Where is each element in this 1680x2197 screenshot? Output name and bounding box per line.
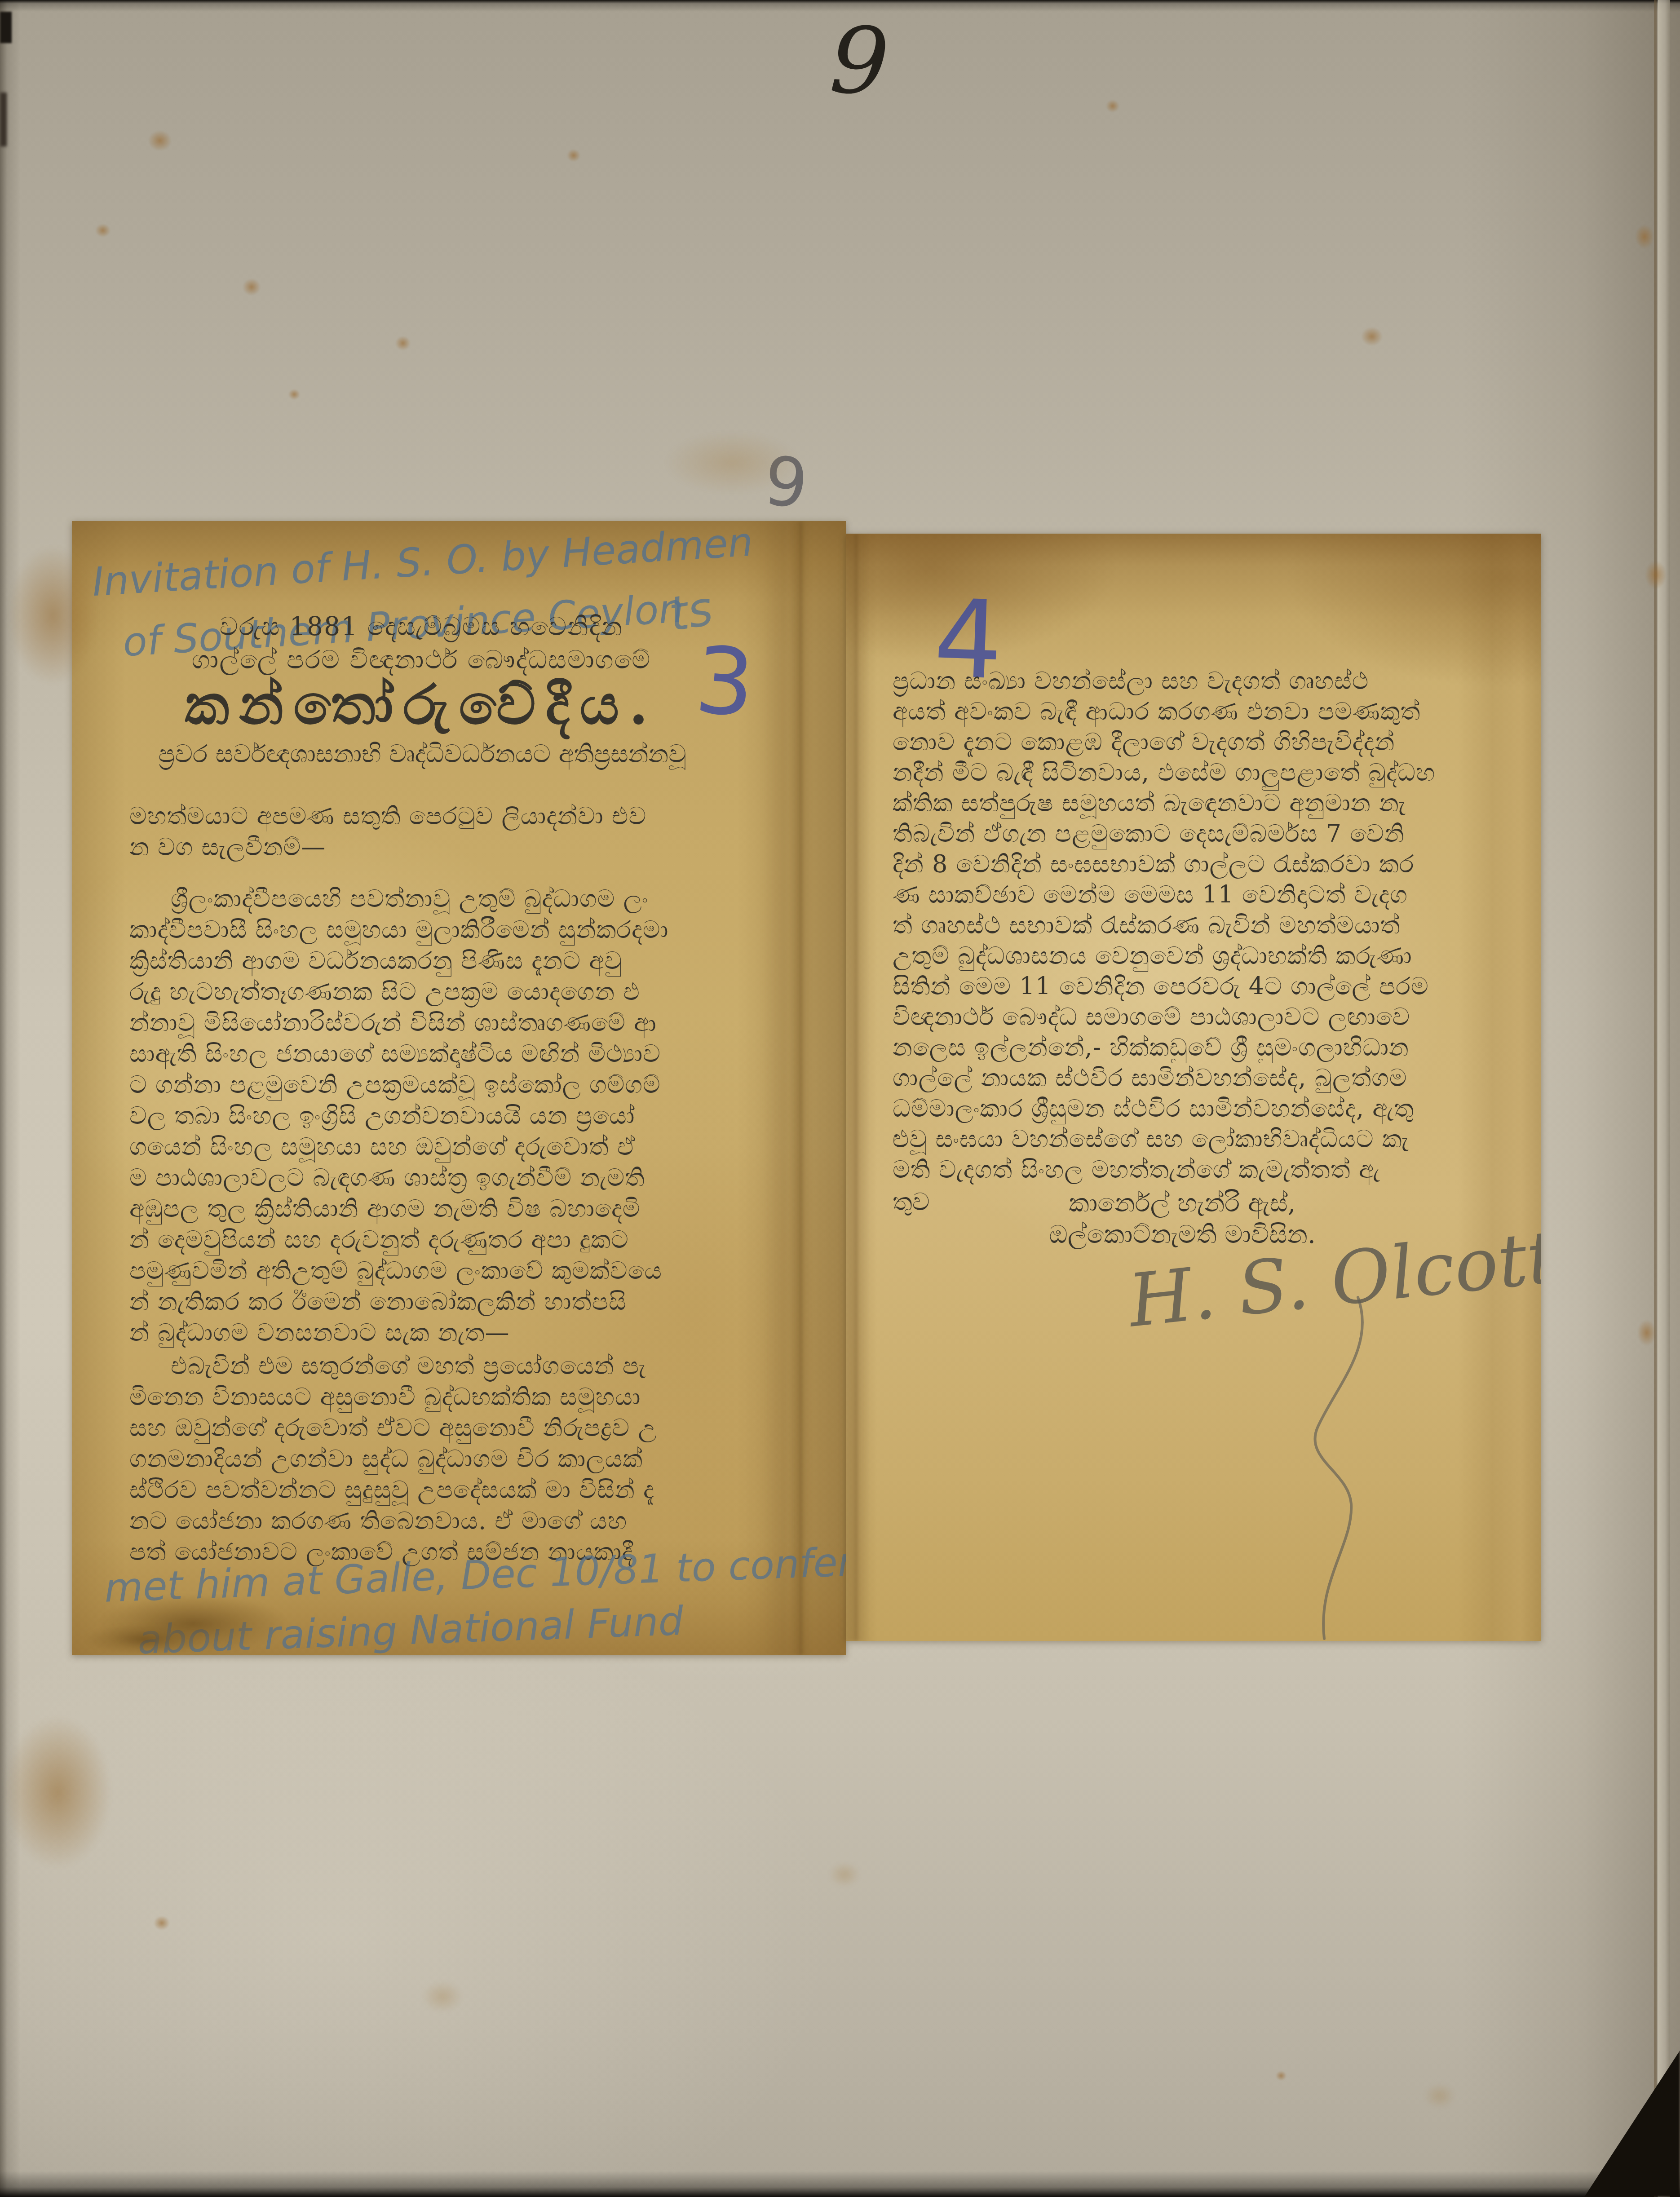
edge-nick — [0, 12, 12, 43]
stain-spot — [148, 130, 172, 151]
stain-spot — [395, 336, 411, 350]
text-line: ම පාඨශාලාවලට බැඳගණ ශාස්ත්‍ර ඉගැන්වීම් නැ… — [129, 1162, 718, 1193]
stain-spot — [288, 389, 300, 400]
text-line: එබැවින් එම සතුරන්ගේ මහත් ප්‍රයෝගයෙන් පැ — [129, 1350, 718, 1381]
text-line: සාඇති සිංහල ජනයාගේ සම්‍යක්දෘෂ්ටිය මඟින් … — [129, 1038, 718, 1069]
stain-spot — [422, 1981, 463, 2012]
text-line: සහ ඔවුන්ගේ දරුවොත් ඒවට අසුනොවී නිරුපද්‍ර… — [129, 1412, 718, 1443]
text-line: ගයෙන් සිංහල සමූහයා සහ ඔවුන්ගේ දරුවොත් ඒ — [129, 1131, 718, 1162]
text-line: කාද්වීපවාසී සිංහල සමූහයා මුලාකිරීමෙන් සු… — [129, 914, 718, 945]
text-line: විඥනාර්ථ බෞද්ධ සමාගමේ පාඨශාලාවට ලඟාවෙ — [893, 1002, 1472, 1032]
clipping-right: 4 ප්‍රධාන සංඛ්‍යා වහන්සේලා සහ වැදගත් ගෘහ… — [846, 534, 1541, 1641]
text-line: නට යෝජනා කරගණ තිබෙනවාය. ඒ මාගේ යහ — [129, 1505, 718, 1536]
text-line: න් දෙමවුපියන් සහ දරුවනුත් දරුණුතර අපා දු… — [129, 1224, 718, 1255]
text-line: නදීන් මීට බැඳී සිටිනවාය, එසේම ගාලුපළාතේ … — [893, 757, 1472, 788]
stain-spot — [95, 224, 111, 237]
document-subtitle: ප්‍රවර සර්වඥශාසනාභි වෘද්ධිවර්ධනයට අතිප්‍… — [103, 739, 741, 769]
text-line: න් නැතිකර කර ඊමෙන් නොබෝකලකින් හාත්පසි — [129, 1286, 718, 1317]
stain-spot — [1637, 1320, 1656, 1346]
stain-spot — [829, 1862, 860, 1887]
clipping-left: Invitation of H. S. O. by Headmenof Sout… — [72, 521, 846, 1655]
text-line: සිතින් මෙම 11 වෙනිදින පෙරවරු 4ට ගාල්ලේ ප… — [893, 971, 1472, 1002]
text-line: දින් 8 වෙනිදින් සංඝසභාවක් ගාල්ලට රැස්කරව… — [893, 849, 1472, 880]
letter-body: ප්‍රධාන සංඛ්‍යා වහන්සේලා සහ වැදගත් ගෘහස්… — [893, 666, 1472, 1185]
stain-spot — [243, 278, 261, 296]
stain-spot — [1635, 225, 1654, 249]
document-title: කන්තෝරුවේදීය. — [129, 672, 713, 738]
edge-nick — [0, 93, 7, 146]
text-line: නොව දැනට කොළඹ දීලාගේ වැදගත් ගිහිපැවිද්දන… — [893, 727, 1472, 757]
text-line: ළුවූ සංඝයා වහන්සේගේ සහ ලෝකාභිවෘද්ධියට කැ — [893, 1124, 1472, 1154]
paragraph-3: එබැවින් එම සතුරන්ගේ මහත් ප්‍රයෝගයෙන් පැම… — [129, 1350, 718, 1567]
text-line: මහත්මයාට අපමණ සතුති පෙරටුව ලියාදන්වා එව — [129, 800, 718, 831]
text-line: ගාල්ලේ නායක ස්ථවිර සාමින්වහන්සේද, බුලත්ග… — [893, 1063, 1472, 1093]
text-line: ත් ගෘහස්ථ සභාවක් රැස්කරණ බැවින් මහත්මයාත… — [893, 910, 1472, 941]
paragraph-1: මහත්මයාට අපමණ සතුති පෙරටුව ලියාදන්වා එවන… — [129, 800, 718, 862]
fold-crease — [846, 534, 869, 1641]
text-line: ස්ථිරව පවත්වන්නට සුදුසුවූ උපදේසයක් මා වි… — [129, 1474, 718, 1505]
text-line: වල තබා සිංහල ඉංග්‍රිසි උගන්වනවායයි යන ප්… — [129, 1100, 718, 1131]
stain-spot — [1424, 2083, 1455, 2109]
text-line: න්නාවූ මිසියෝනාරිස්වරුන් විසින් ශාස්ත්‍ර… — [129, 1007, 718, 1038]
stain-spot — [1106, 100, 1119, 112]
stain-spot — [567, 149, 580, 162]
paragraph-2: ශ්‍රීලංකාද්වීපයෙහි පවත්නාවූ උතුම් බුද්ධා… — [129, 883, 718, 1348]
stain-spot — [4, 1716, 111, 1869]
text-line: න වග සැලවීනම්— — [129, 831, 718, 862]
text-line: ක්‍රිස්තියානි ආගම වර්ධනයකරනු පිණිස දැනට … — [129, 945, 718, 976]
text-line: වරුස 1881 දෙසැම්බ්‍රමස හවෙනිදින — [129, 610, 713, 643]
text-line: ගාල්ලේ පරම විඥනාර්ථ බෞද්ධසමාගමේ — [129, 643, 713, 676]
text-line: කාර්නෙල් හැන්රි ඇස්, — [893, 1188, 1472, 1219]
text-line: උතුම් බුද්ධශාසනය වෙනුවෙන් ශ්‍රද්ධාභක්ති … — [893, 941, 1472, 971]
fold-crease — [790, 521, 811, 1655]
album-page: 9 9 Invitation of H. S. O. by Headmenof … — [0, 0, 1680, 2197]
page-number-ink: 9 — [827, 7, 892, 117]
text-line: ශ්‍රීලංකාද්වීපයෙහි පවත්නාවූ උතුම් බුද්ධා… — [129, 883, 718, 914]
text-line: අයත් අවංකව බැඳී ආධාර කරගණ එනවා පමණකුත් — [893, 696, 1472, 727]
text-line: න් බුද්ධාගම වනසනවාට සැක නැත— — [129, 1317, 718, 1348]
stain-spot — [85, 1624, 202, 1655]
fold-shadow — [762, 521, 803, 1655]
text-line: ක්තික සත්පුරුෂ සමූහයත් බැඳෙනවාට අනුමාන න… — [893, 788, 1472, 818]
text-line: රුදු හැටහැත්තෑගණනක සිට උපක්‍රම යොදගෙන එ — [129, 976, 718, 1007]
text-line: අඹුපල තුල ක්‍රිස්තියානි ආගම නැමති විෂ බහ… — [129, 1193, 718, 1224]
page-edge-line — [1654, 0, 1657, 2197]
text-line: පමුණුවමින් අතිඋතුම් බුද්ධාගම ලංකාවේ කුමක… — [129, 1255, 718, 1286]
signature-flourish-icon — [1264, 1293, 1398, 1641]
document-header: වරුස 1881 දෙසැම්බ්‍රමස හවෙනිදිනගාල්ලේ පර… — [129, 610, 713, 676]
page-number-pencil: 9 — [760, 442, 811, 524]
stain-spot — [154, 1916, 170, 1930]
text-line: ධම්මාලංකාර ශ්‍රීසුමන ස්ථවිර සාමින්වහන්සේ… — [893, 1093, 1472, 1124]
text-line: නලෙස ඉල්ලන්නේ,- හික්කඩුවේ ශ්‍රී සුමංගලාභ… — [893, 1032, 1472, 1063]
text-line: මති වැදගත් සිංහල මහත්තැන්ගේ කැමැත්තත් ඇ — [893, 1154, 1472, 1185]
text-line: තිබැවින් ඒගැන පළමුකොට දෙසැම්බර්මස 7 වෙනි — [893, 818, 1472, 849]
text-line: මිනෙන විනාසයට අසුනොවී බුද්ධභක්තික සමූහයා — [129, 1381, 718, 1412]
text-line: ගනමනාදියන් උගන්වා සුද්ධ බුද්ධාගම චිර කාල… — [129, 1443, 718, 1474]
stain-spot — [1276, 2071, 1287, 2081]
text-line: ණ සාකච්ඡාව මෙන්ම මෙමස 11 වෙනිදාටත් වැදග — [893, 880, 1472, 910]
text-line: ට ගන්නා පළමුවෙනි උපක්‍රමයක්වූ ඉස්කෝල ගම්… — [129, 1069, 718, 1100]
stain-spot — [1361, 327, 1383, 346]
page-edge-paper — [1658, 0, 1670, 2197]
text-line: ප්‍රධාන සංඛ්‍යා වහන්සේලා සහ වැදගත් ගෘහස්… — [893, 666, 1472, 696]
